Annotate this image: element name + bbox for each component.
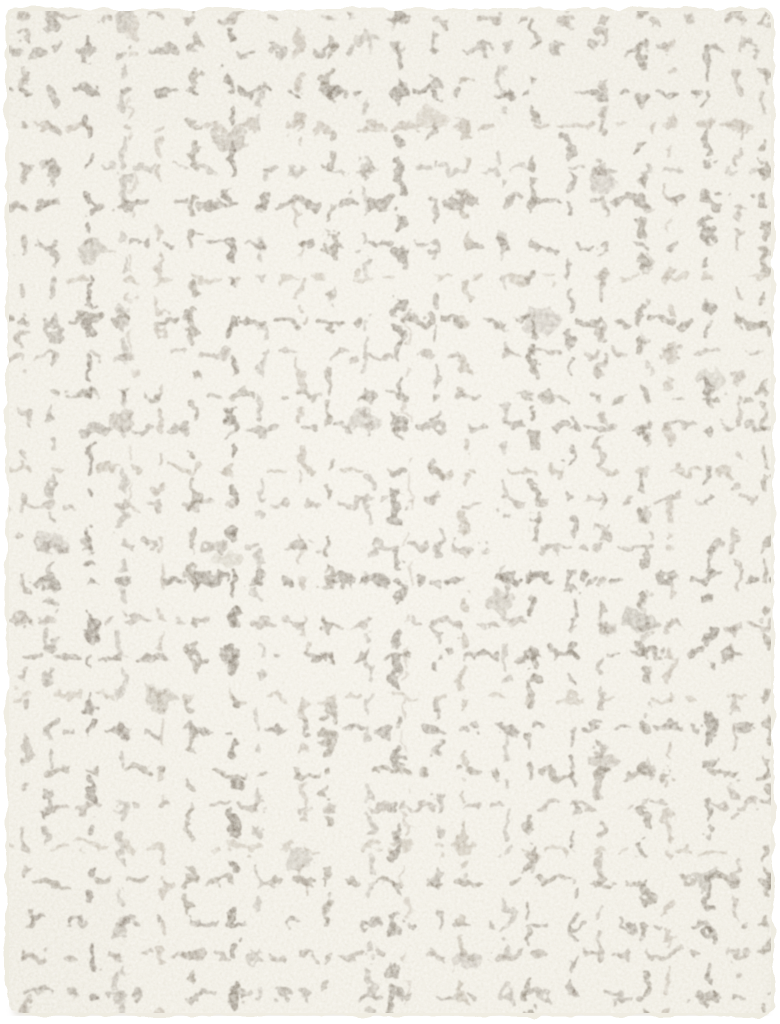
rug (0, 0, 780, 1024)
rug-image (0, 0, 780, 1024)
pile-overlay-shadow-speckle (9, 11, 771, 1013)
rug-surface (0, 0, 780, 1024)
rug-product-photo (0, 0, 780, 1024)
